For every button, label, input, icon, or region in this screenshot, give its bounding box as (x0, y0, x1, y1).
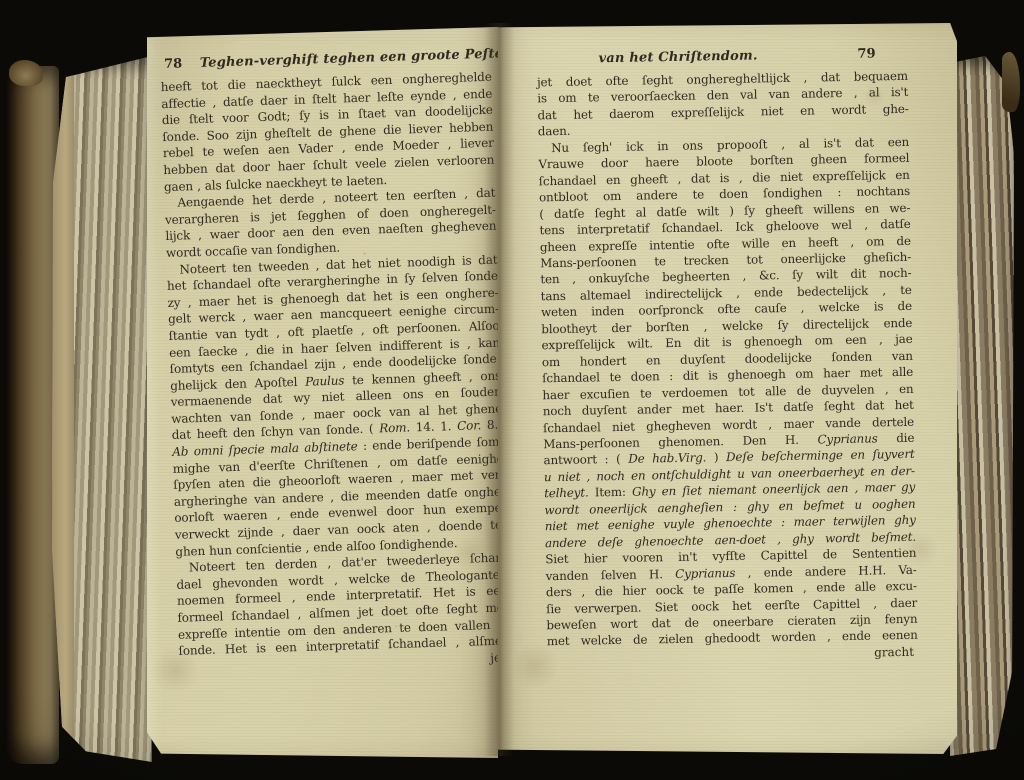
left-page-edges (52, 56, 152, 762)
left-text-block: heeft tot die naecktheyt ſulck een onghe… (161, 69, 510, 660)
running-title-left: Teghen-verghift teghen een groote Peſte (200, 46, 504, 71)
left-page-surface: 78 Teghen-verghift teghen een groote Peſ… (147, 21, 521, 763)
running-title-right: van het Chriſtendom. (598, 48, 757, 66)
page-number-left: 78 (164, 56, 183, 72)
right-page: van het Chriſtendom. 79 jet doet ofte ſe… (498, 23, 957, 754)
page-number-right: 79 (857, 46, 875, 61)
book-cover-spine (7, 66, 59, 764)
right-page-surface: van het Chriſtendom. 79 jet doet ofte ſe… (498, 19, 970, 758)
running-head-right: van het Chriſtendom. 79 (536, 46, 907, 71)
left-page: 78 Teghen-verghift teghen een groote Peſ… (147, 27, 498, 758)
book-photo: 78 Teghen-verghift teghen een groote Peſ… (0, 0, 1024, 780)
right-text-block: jet doet ofte ſeght ongheregheltlijck , … (537, 68, 918, 650)
book-cover-corner (1002, 52, 1020, 112)
right-page-edges (950, 56, 1014, 756)
